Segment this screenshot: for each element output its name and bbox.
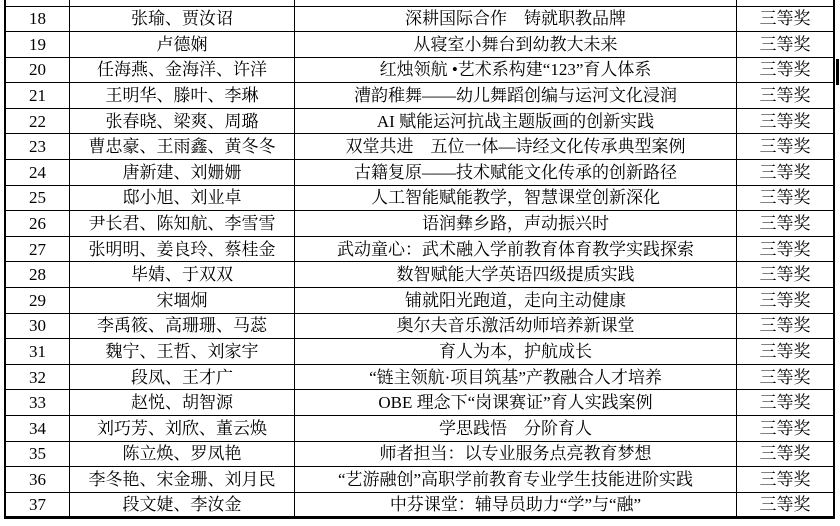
author-names: 毕婧、于双双 <box>70 262 295 287</box>
row-number: 31 <box>6 339 70 364</box>
author-names: 卢德娴 <box>70 32 295 57</box>
table-row: 36 李冬艳、宋金珊、刘月民 “艺游融创”高职学前教育专业学生技能进阶实践 三等… <box>6 467 833 493</box>
award-level: 三等奖 <box>737 237 833 262</box>
project-title: 育人为本，护航成长 <box>295 339 737 364</box>
table-row: 21 王明华、滕叶、李琳 漕韵稚舞——幼儿舞蹈创编与运河文化浸润 三等奖 <box>6 83 833 109</box>
award-level: 三等奖 <box>737 339 833 364</box>
project-title: 数智赋能大学英语四级提质实践 <box>295 262 737 287</box>
author-names: 李禹筱、高珊珊、马蕊 <box>70 314 295 339</box>
table-row: 28 毕婧、于双双 数智赋能大学英语四级提质实践 三等奖 <box>6 262 833 288</box>
row-number: 23 <box>6 134 70 159</box>
award-level: 三等奖 <box>737 109 833 134</box>
award-level: 三等奖 <box>737 416 833 441</box>
author-names: 张春晓、梁爽、周璐 <box>70 109 295 134</box>
row-number: 21 <box>6 83 70 108</box>
award-level: 三等奖 <box>737 186 833 211</box>
author-names: 王明华、滕叶、李琳 <box>70 83 295 108</box>
row-number: 28 <box>6 262 70 287</box>
project-title: 武动童心：武术融入学前教育体育教学实践探索 <box>295 237 737 262</box>
author-names: 张明明、姜良玲、蔡桂金 <box>70 237 295 262</box>
project-title-cell <box>295 0 737 6</box>
author-names: 宋堌炯 <box>70 288 295 313</box>
row-number: 26 <box>6 211 70 236</box>
award-level: 三等奖 <box>737 160 833 185</box>
row-number: 30 <box>6 314 70 339</box>
project-title: 奥尔夫音乐激活幼师培养新课堂 <box>295 314 737 339</box>
author-names: 尹长君、陈知航、李雪雪 <box>70 211 295 236</box>
row-number: 18 <box>6 7 70 32</box>
award-results-table: 18 张瑜、贾汝诏 深耕国际合作 铸就职教品牌 三等奖 19 卢德娴 从寝室小舞… <box>4 0 835 519</box>
author-names: 邸小旭、刘业卓 <box>70 186 295 211</box>
author-names: 魏宁、王哲、刘家宇 <box>70 339 295 364</box>
right-edge-change-marker <box>836 59 839 85</box>
row-number: 36 <box>6 467 70 492</box>
project-title: 漕韵稚舞——幼儿舞蹈创编与运河文化浸润 <box>295 83 737 108</box>
document-page: 18 张瑜、贾汝诏 深耕国际合作 铸就职教品牌 三等奖 19 卢德娴 从寝室小舞… <box>0 0 840 526</box>
award-level: 三等奖 <box>737 314 833 339</box>
table-row: 37 段文婕、李汝金 中芬课堂：辅导员助力“学”与“融” 三等奖 <box>6 493 833 516</box>
award-level: 三等奖 <box>737 134 833 159</box>
award-level: 三等奖 <box>737 262 833 287</box>
table-row: 25 邸小旭、刘业卓 人工智能赋能教学，智慧课堂创新深化 三等奖 <box>6 186 833 212</box>
award-level: 三等奖 <box>737 390 833 415</box>
project-title: 人工智能赋能教学，智慧课堂创新深化 <box>295 186 737 211</box>
table-row: 29 宋堌炯 铺就阳光跑道，走向主动健康 三等奖 <box>6 288 833 314</box>
award-level: 三等奖 <box>737 83 833 108</box>
author-names: 陈立焕、罗凤艳 <box>70 442 295 467</box>
award-level: 三等奖 <box>737 58 833 83</box>
project-title: 铺就阳光跑道，走向主动健康 <box>295 288 737 313</box>
table-row: 34 刘巧芳、刘欣、董云焕 学思践悟 分阶育人 三等奖 <box>6 416 833 442</box>
row-number-cell <box>6 0 70 6</box>
row-number: 19 <box>6 32 70 57</box>
project-title: 深耕国际合作 铸就职教品牌 <box>295 7 737 32</box>
project-title: 语润彝乡路，声动振兴时 <box>295 211 737 236</box>
award-level-cell <box>737 0 833 6</box>
author-names: 张瑜、贾汝诏 <box>70 7 295 32</box>
project-title: 学思践悟 分阶育人 <box>295 416 737 441</box>
table-row: 33 赵悦、胡智源 OBE 理念下“岗课赛证”育人实践案例 三等奖 <box>6 390 833 416</box>
table-row: 32 段凤、王才广 “链主领航·项目筑基”产教融合人才培养 三等奖 <box>6 365 833 391</box>
author-names: 刘巧芳、刘欣、董云焕 <box>70 416 295 441</box>
project-title: 从寝室小舞台到幼教大未来 <box>295 32 737 57</box>
table-row: 35 陈立焕、罗凤艳 师者担当：以专业服务点亮教育梦想 三等奖 <box>6 442 833 468</box>
row-number: 24 <box>6 160 70 185</box>
award-level: 三等奖 <box>737 493 833 516</box>
row-number: 33 <box>6 390 70 415</box>
project-title: 师者担当：以专业服务点亮教育梦想 <box>295 442 737 467</box>
award-level: 三等奖 <box>737 365 833 390</box>
table-row: 23 曹忠豪、王雨鑫、黄冬冬 双堂共进 五位一体—诗经文化传承典型案例 三等奖 <box>6 134 833 160</box>
row-number: 22 <box>6 109 70 134</box>
row-number: 27 <box>6 237 70 262</box>
award-level: 三等奖 <box>737 442 833 467</box>
table-row: 31 魏宁、王哲、刘家宇 育人为本，护航成长 三等奖 <box>6 339 833 365</box>
author-names: 李冬艳、宋金珊、刘月民 <box>70 467 295 492</box>
row-number: 29 <box>6 288 70 313</box>
author-names-cell <box>70 0 295 6</box>
project-title: “链主领航·项目筑基”产教融合人才培养 <box>295 365 737 390</box>
row-number: 20 <box>6 58 70 83</box>
author-names: 段文婕、李汝金 <box>70 493 295 516</box>
award-level: 三等奖 <box>737 32 833 57</box>
award-level: 三等奖 <box>737 7 833 32</box>
project-title: AI 赋能运河抗战主题版画的创新实践 <box>295 109 737 134</box>
project-title: OBE 理念下“岗课赛证”育人实践案例 <box>295 390 737 415</box>
project-title: 古籍复原——技术赋能文化传承的创新路径 <box>295 160 737 185</box>
row-number: 35 <box>6 442 70 467</box>
row-number: 32 <box>6 365 70 390</box>
table-row: 18 张瑜、贾汝诏 深耕国际合作 铸就职教品牌 三等奖 <box>6 7 833 33</box>
table-row: 22 张春晓、梁爽、周璐 AI 赋能运河抗战主题版画的创新实践 三等奖 <box>6 109 833 135</box>
author-names: 段凤、王才广 <box>70 365 295 390</box>
table-row: 30 李禹筱、高珊珊、马蕊 奥尔夫音乐激活幼师培养新课堂 三等奖 <box>6 314 833 340</box>
project-title: “艺游融创”高职学前教育专业学生技能进阶实践 <box>295 467 737 492</box>
row-number: 25 <box>6 186 70 211</box>
table-row: 19 卢德娴 从寝室小舞台到幼教大未来 三等奖 <box>6 32 833 58</box>
row-number: 37 <box>6 493 70 516</box>
award-level: 三等奖 <box>737 467 833 492</box>
project-title: 红烛领航 •艺术系构建“123”育人体系 <box>295 58 737 83</box>
table-row: 26 尹长君、陈知航、李雪雪 语润彝乡路，声动振兴时 三等奖 <box>6 211 833 237</box>
author-names: 曹忠豪、王雨鑫、黄冬冬 <box>70 134 295 159</box>
author-names: 任海燕、金海洋、许洋 <box>70 58 295 83</box>
row-number: 34 <box>6 416 70 441</box>
author-names: 唐新建、刘姗姗 <box>70 160 295 185</box>
table-row: 24 唐新建、刘姗姗 古籍复原——技术赋能文化传承的创新路径 三等奖 <box>6 160 833 186</box>
award-level: 三等奖 <box>737 288 833 313</box>
project-title: 双堂共进 五位一体—诗经文化传承典型案例 <box>295 134 737 159</box>
project-title: 中芬课堂：辅导员助力“学”与“融” <box>295 493 737 516</box>
table-row: 20 任海燕、金海洋、许洋 红烛领航 •艺术系构建“123”育人体系 三等奖 <box>6 58 833 84</box>
award-level: 三等奖 <box>737 211 833 236</box>
author-names: 赵悦、胡智源 <box>70 390 295 415</box>
table-row: 27 张明明、姜良玲、蔡桂金 武动童心：武术融入学前教育体育教学实践探索 三等奖 <box>6 237 833 263</box>
